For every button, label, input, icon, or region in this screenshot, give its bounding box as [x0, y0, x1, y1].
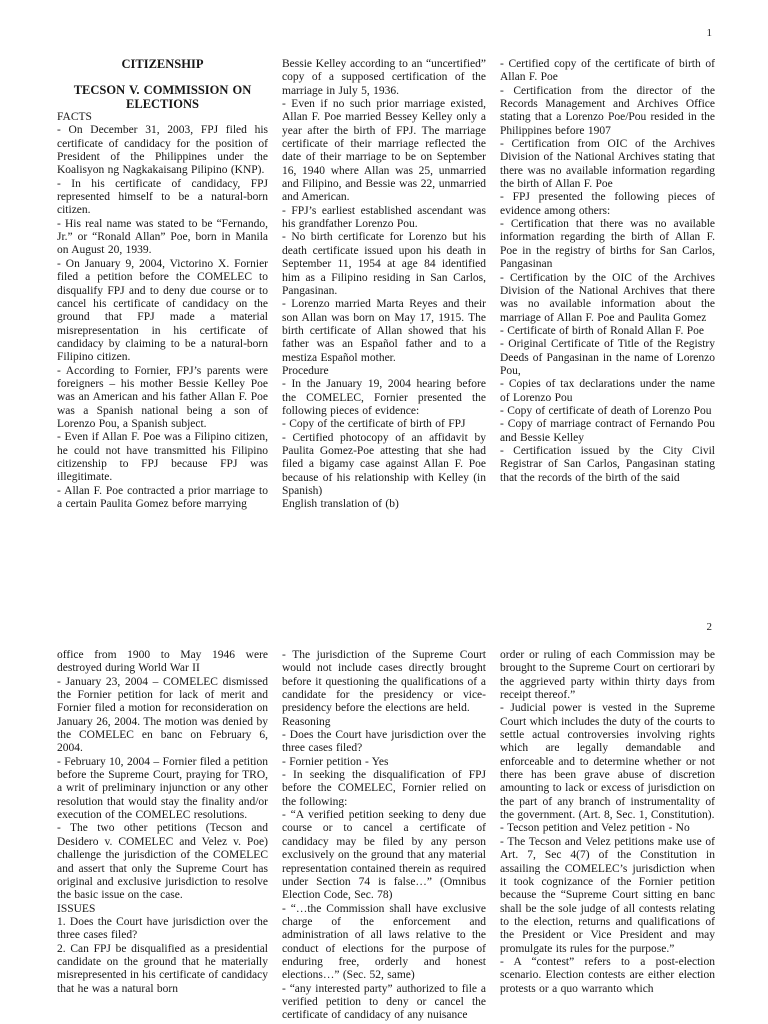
paragraph: - Original Certificate of Title of the R… [500, 338, 715, 378]
document-heading: CITIZENSHIP [57, 58, 268, 71]
text-column: office from 1900 to May 1946 were destro… [57, 649, 268, 996]
paragraph: - FPJ presented the following pieces of … [500, 191, 715, 218]
paragraph: - Tecson petition and Velez petition - N… [500, 822, 715, 835]
paragraph: FACTS [57, 111, 268, 124]
paragraph: - A “contest” refers to a post-election … [500, 956, 715, 996]
paragraph: - Fornier petition - Yes [282, 756, 486, 769]
paragraph: - In his certificate of candidacy, FPJ r… [57, 178, 268, 218]
document-page-2: 2 office from 1900 to May 1946 were dest… [0, 597, 768, 1024]
paragraph: - According to Fornier, FPJ’s parents we… [57, 365, 268, 432]
paragraph: - Does the Court have jurisdiction over … [282, 729, 486, 756]
paragraph: Reasoning [282, 716, 486, 729]
paragraph: - February 10, 2004 – Fornier filed a pe… [57, 756, 268, 823]
paragraph: - On December 31, 2003, FPJ filed his ce… [57, 124, 268, 177]
paragraph: - No birth certificate for Lorenzo but h… [282, 231, 486, 298]
paragraph: - Certification that there was no availa… [500, 218, 715, 271]
paragraph: - The two other petitions (Tecson and De… [57, 822, 268, 902]
page-2-columns: office from 1900 to May 1946 were destro… [57, 649, 715, 1023]
paragraph: - Certification issued by the City Civil… [500, 445, 715, 485]
paragraph: Bessie Kelley according to an “uncertifi… [282, 58, 486, 98]
paragraph: - Certification by the OIC of the Archiv… [500, 272, 715, 325]
document-viewer: 1 CITIZENSHIPTECSON V. COMMISSION ON ELE… [0, 0, 768, 1024]
paragraph: - In seeking the disqualification of FPJ… [282, 769, 486, 809]
paragraph: - FPJ’s earliest established ascendant w… [282, 205, 486, 232]
text-column: CITIZENSHIPTECSON V. COMMISSION ON ELECT… [57, 58, 268, 511]
document-page-1: 1 CITIZENSHIPTECSON V. COMMISSION ON ELE… [0, 0, 768, 597]
paragraph: Procedure [282, 365, 486, 378]
paragraph: 2. Can FPJ be disqualified as a presiden… [57, 943, 268, 996]
paragraph: - Copy of certificate of death of Lorenz… [500, 405, 715, 418]
paragraph: - Certified photocopy of an affidavit by… [282, 432, 486, 499]
document-heading: TECSON V. COMMISSION ON ELECTIONS [57, 84, 268, 111]
paragraph: - Certification from the director of the… [500, 85, 715, 138]
paragraph: - Certificate of birth of Ronald Allan F… [500, 325, 715, 338]
page-number: 1 [707, 27, 713, 39]
text-column: order or ruling of each Commission may b… [500, 649, 715, 996]
paragraph: - Certified copy of the certificate of b… [500, 58, 715, 85]
paragraph: - “any interested party” authorized to f… [282, 983, 486, 1023]
text-column: - The jurisdiction of the Supreme Court … [282, 649, 486, 1023]
paragraph: - Even if no such prior marriage existed… [282, 98, 486, 205]
paragraph: - “A verified petition seeking to deny d… [282, 809, 486, 902]
paragraph: order or ruling of each Commission may b… [500, 649, 715, 702]
page-1-columns: CITIZENSHIPTECSON V. COMMISSION ON ELECT… [57, 58, 715, 512]
paragraph: - Even if Allan F. Poe was a Filipino ci… [57, 431, 268, 484]
paragraph: - Copies of tax declarations under the n… [500, 378, 715, 405]
paragraph: - His real name was stated to be “Fernan… [57, 218, 268, 258]
paragraph: - January 23, 2004 – COMELEC dismissed t… [57, 676, 268, 756]
paragraph: ISSUES [57, 903, 268, 916]
paragraph: - Copy of the certificate of birth of FP… [282, 418, 486, 431]
paragraph: - Copy of marriage contract of Fernando … [500, 418, 715, 445]
paragraph: - Lorenzo married Marta Reyes and their … [282, 298, 486, 365]
paragraph: English translation of (b) [282, 498, 486, 511]
paragraph: 1. Does the Court have jurisdiction over… [57, 916, 268, 943]
paragraph: - The jurisdiction of the Supreme Court … [282, 649, 486, 716]
text-column: Bessie Kelley according to an “uncertifi… [282, 58, 486, 512]
paragraph: - Allan F. Poe contracted a prior marria… [57, 485, 268, 512]
paragraph: - In the January 19, 2004 hearing before… [282, 378, 486, 418]
text-column: - Certified copy of the certificate of b… [500, 58, 715, 485]
paragraph: - Judicial power is vested in the Suprem… [500, 702, 715, 822]
page-number: 2 [707, 621, 713, 633]
paragraph: - “…the Commission shall have exclusive … [282, 903, 486, 983]
paragraph: - On January 9, 2004, Victorino X. Forni… [57, 258, 268, 365]
paragraph: - Certification from OIC of the Archives… [500, 138, 715, 191]
paragraph: - The Tecson and Velez petitions make us… [500, 836, 715, 956]
paragraph: office from 1900 to May 1946 were destro… [57, 649, 268, 676]
